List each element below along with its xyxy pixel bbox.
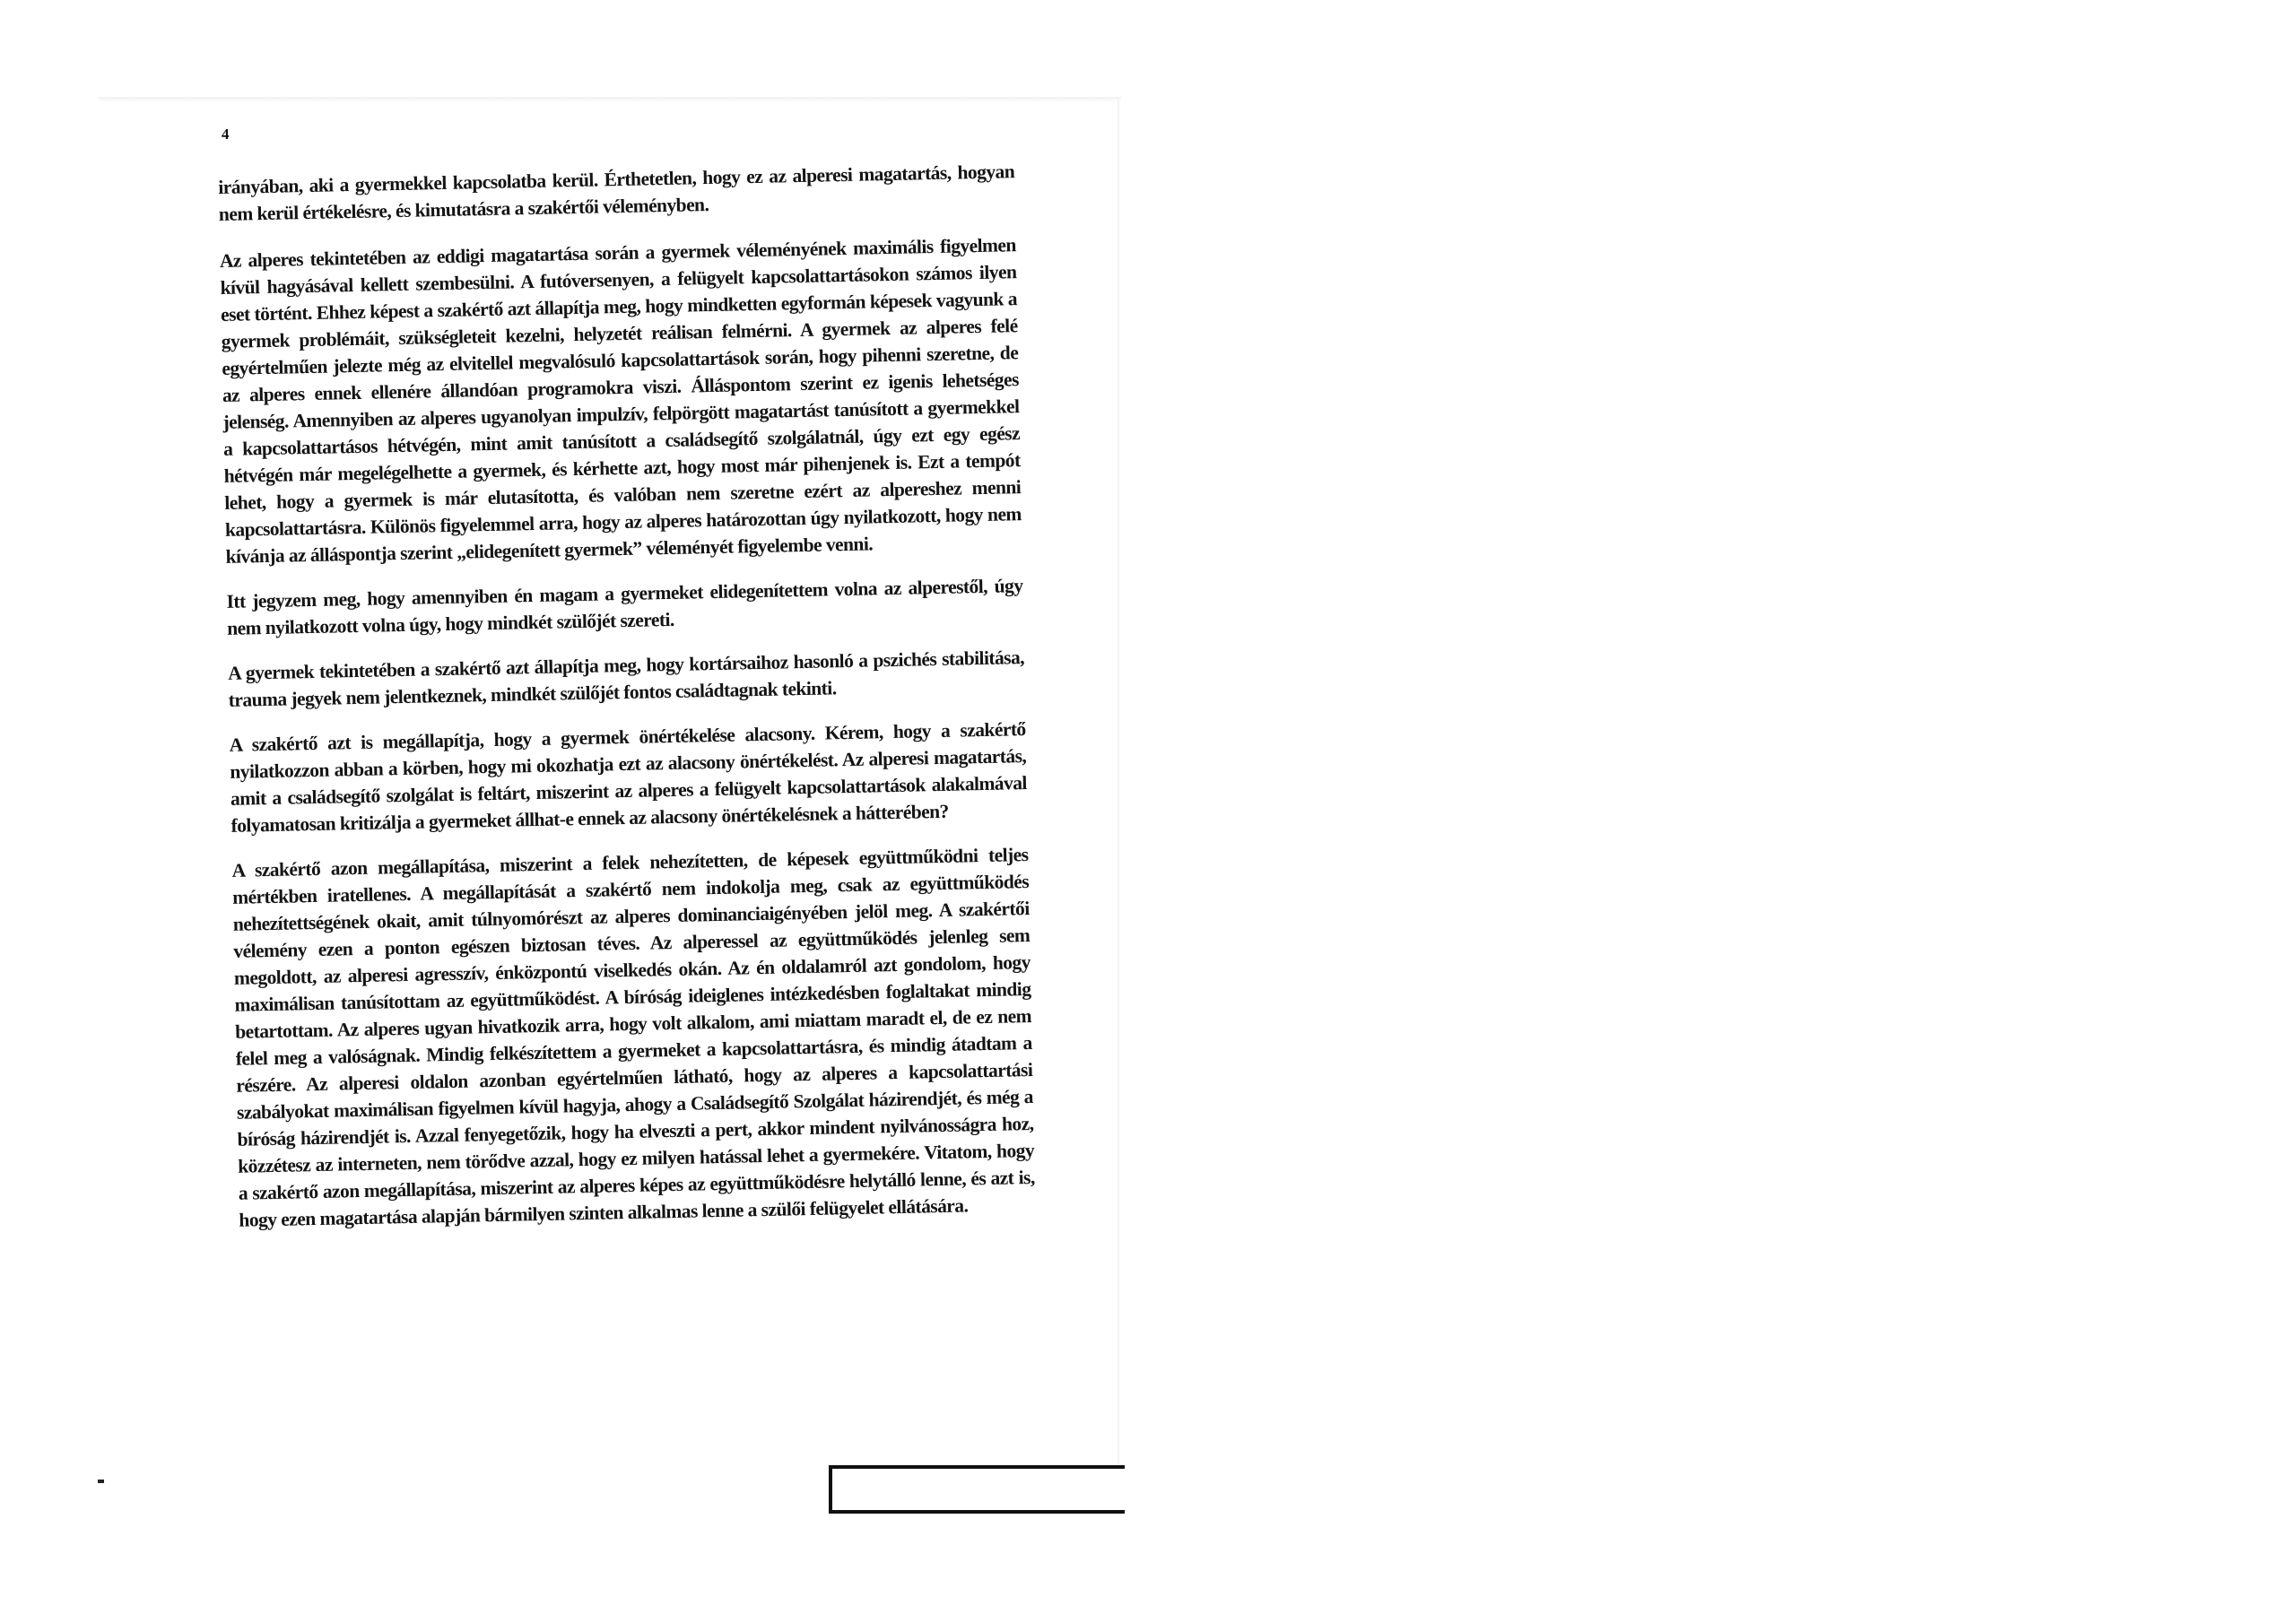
page-number: 4 bbox=[222, 126, 230, 143]
paragraph-3: Itt jegyzem meg, hogy amennyiben én maga… bbox=[226, 572, 1023, 642]
stamp-box bbox=[829, 1465, 1125, 1514]
paragraph-6: A szakértő azon megállapítása, miszerint… bbox=[231, 841, 1035, 1234]
page-right-edge bbox=[1118, 97, 1119, 1469]
paragraph-4: A gyermek tekintetében a szakértő azt ál… bbox=[228, 644, 1025, 714]
document-body: irányában, aki a gyermekkel kapcsolatba … bbox=[218, 158, 1036, 1252]
scan-mark bbox=[98, 1480, 104, 1483]
paragraph-5: A szakértő azt is megállapítja, hogy a g… bbox=[229, 716, 1027, 839]
paragraph-2: Az alperes tekintetében az eddigi magata… bbox=[220, 231, 1022, 570]
page-top-edge bbox=[99, 97, 1121, 102]
